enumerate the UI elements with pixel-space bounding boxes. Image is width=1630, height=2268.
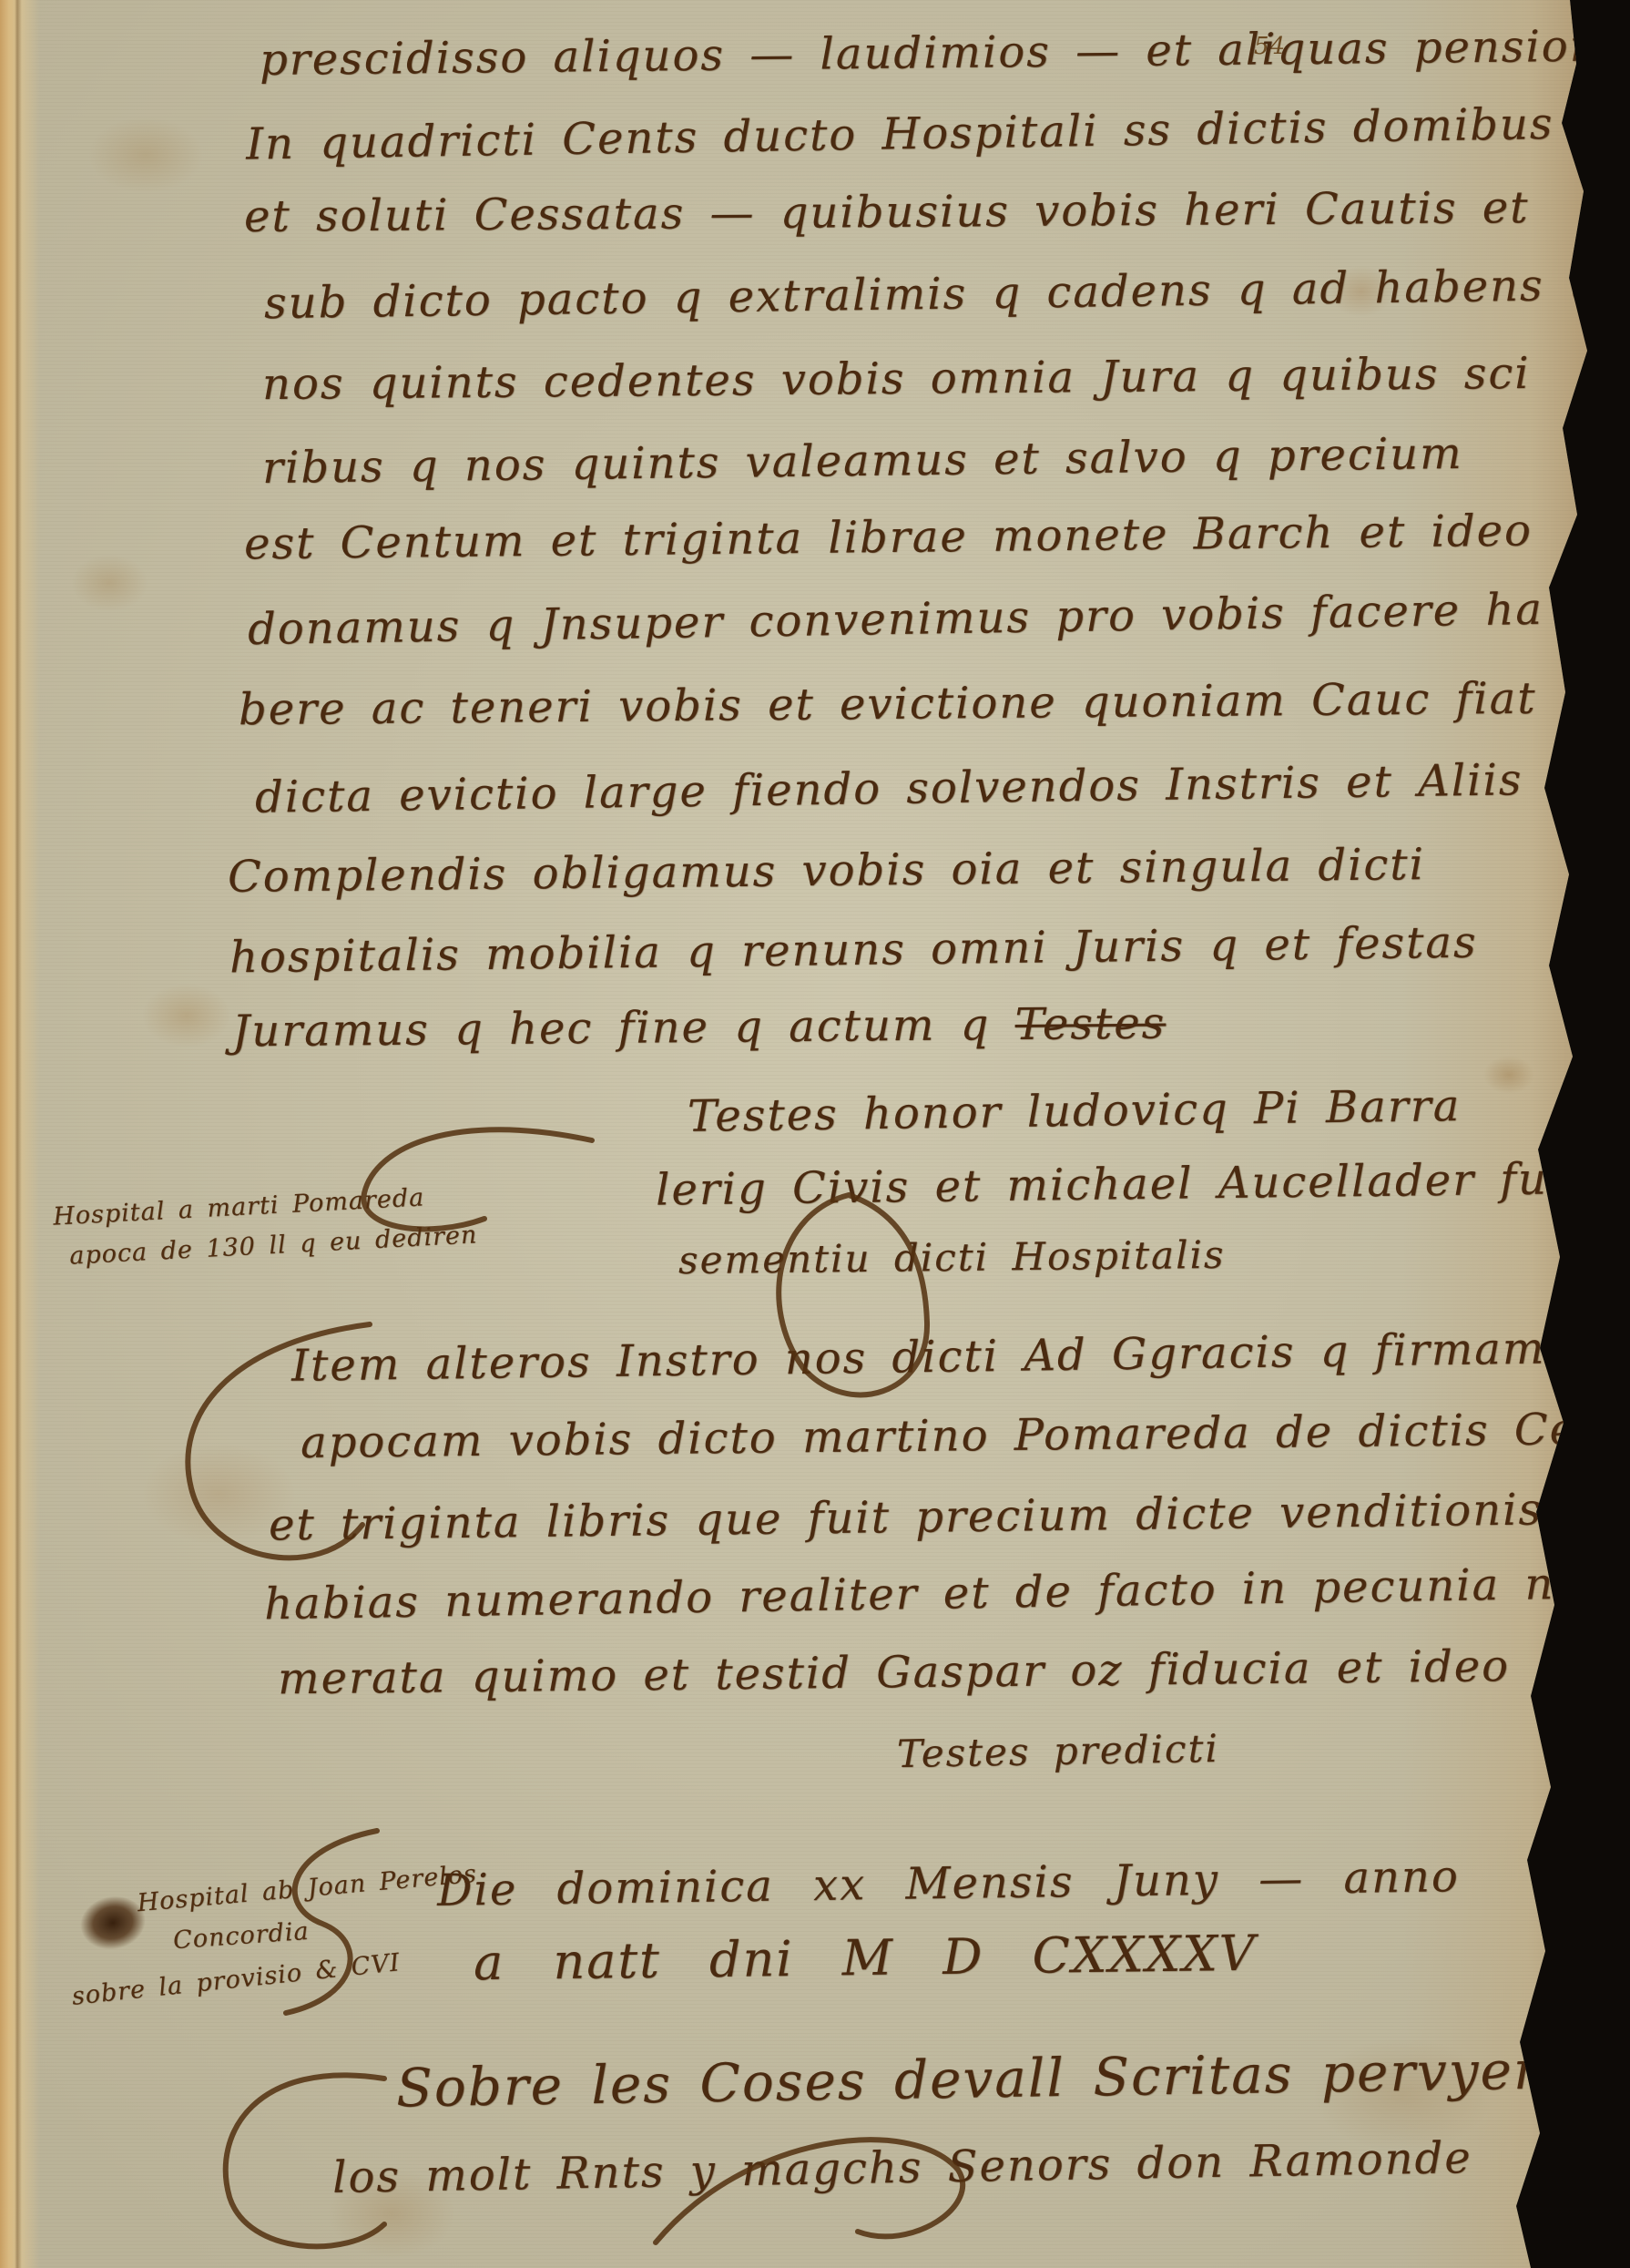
manuscript-photo: 54 prescidisso aliquos — laudimios — et …: [0, 0, 1630, 2268]
manuscript-line: Complendis obligamus vobis oia et singul…: [228, 839, 1425, 903]
margin-note-concordia-line: sobre la provisio & CVI: [70, 1948, 402, 2011]
manuscript-line: sub dicto pacto q extralimis q cadens q …: [264, 260, 1599, 329]
witness-line: sementiu dicti Hospitalis: [678, 1232, 1226, 1282]
manuscript-line: est Centum et triginta librae monete Bar…: [244, 506, 1533, 570]
line-text: Juramus q hec fine q actum q: [232, 999, 1015, 1057]
margin-note-concordia-line: Hospital ab Joan Perelos: [136, 1860, 478, 1918]
manuscript-page: 54 prescidisso aliquos — laudimios — et …: [0, 0, 1630, 2268]
manuscript-line: et soluti Cessatas — quibusius vobis her…: [244, 182, 1530, 242]
witness-line: Testes honor ludovicq Pi Barra: [688, 1080, 1462, 1142]
margin-note-apoca-line: apoca de 130 ll q eu dediren: [68, 1221, 478, 1270]
manuscript-line: Item alteros Instro nos dicti Ad Ggracis…: [291, 1323, 1571, 1392]
manuscript-line: et triginta libris que fuit precium dict…: [269, 1484, 1543, 1550]
manuscript-line: nos quints cedentes vobis omnia Jura q q…: [262, 348, 1531, 410]
manuscript-line: Testes predicti: [897, 1726, 1220, 1776]
margin-note-concordia-line: Concordia: [172, 1917, 310, 1955]
manuscript-line: apocam vobis dicto martino Pomareda de d…: [301, 1403, 1630, 1468]
margin-note-apoca-line: Hospital a marti Pomareda: [52, 1183, 424, 1231]
manuscript-line: donamus q Jnsuper convenimus pro vobis f…: [248, 584, 1544, 655]
manuscript-line: merata quimo et testid Gaspar oz fiducia…: [278, 1640, 1565, 1705]
manuscript-line: bere ac teneri vobis et evictione quonia…: [239, 673, 1537, 735]
heading-line: Sobre les Coses devall Scritas pervyense: [396, 2038, 1612, 2120]
witness-line: lerig Civis et michael Aucellader fuster: [656, 1152, 1630, 1215]
date-line: a natt dni M D CXXXXV: [474, 1925, 1257, 1991]
manuscript-line: In quadricti Cents ducto Hospitali ss di…: [246, 96, 1630, 169]
manuscript-line: los molt Rnts y magchs Senors don Ramond…: [332, 2132, 1472, 2203]
struck-word: Testes: [1014, 998, 1166, 1050]
flourish-stroke: [747, 1184, 947, 1421]
manuscript-line: habias numerando realiter et de facto in…: [264, 1558, 1585, 1630]
manuscript-line: dicta evictio large fiendo solvendos Ins…: [255, 754, 1523, 822]
manuscript-line: ribus q nos quints valeamus et salvo q p…: [262, 428, 1463, 494]
date-line: Die dominica xx Mensis Juny — anno: [437, 1851, 1460, 1916]
manuscript-line: hospitalis mobilia q renuns omni Juris q…: [229, 917, 1478, 984]
manuscript-line: prescidisso aliquos — laudimios — et ali…: [260, 20, 1630, 86]
manuscript-line: Juramus q hec fine q actum q Testes: [232, 998, 1166, 1057]
